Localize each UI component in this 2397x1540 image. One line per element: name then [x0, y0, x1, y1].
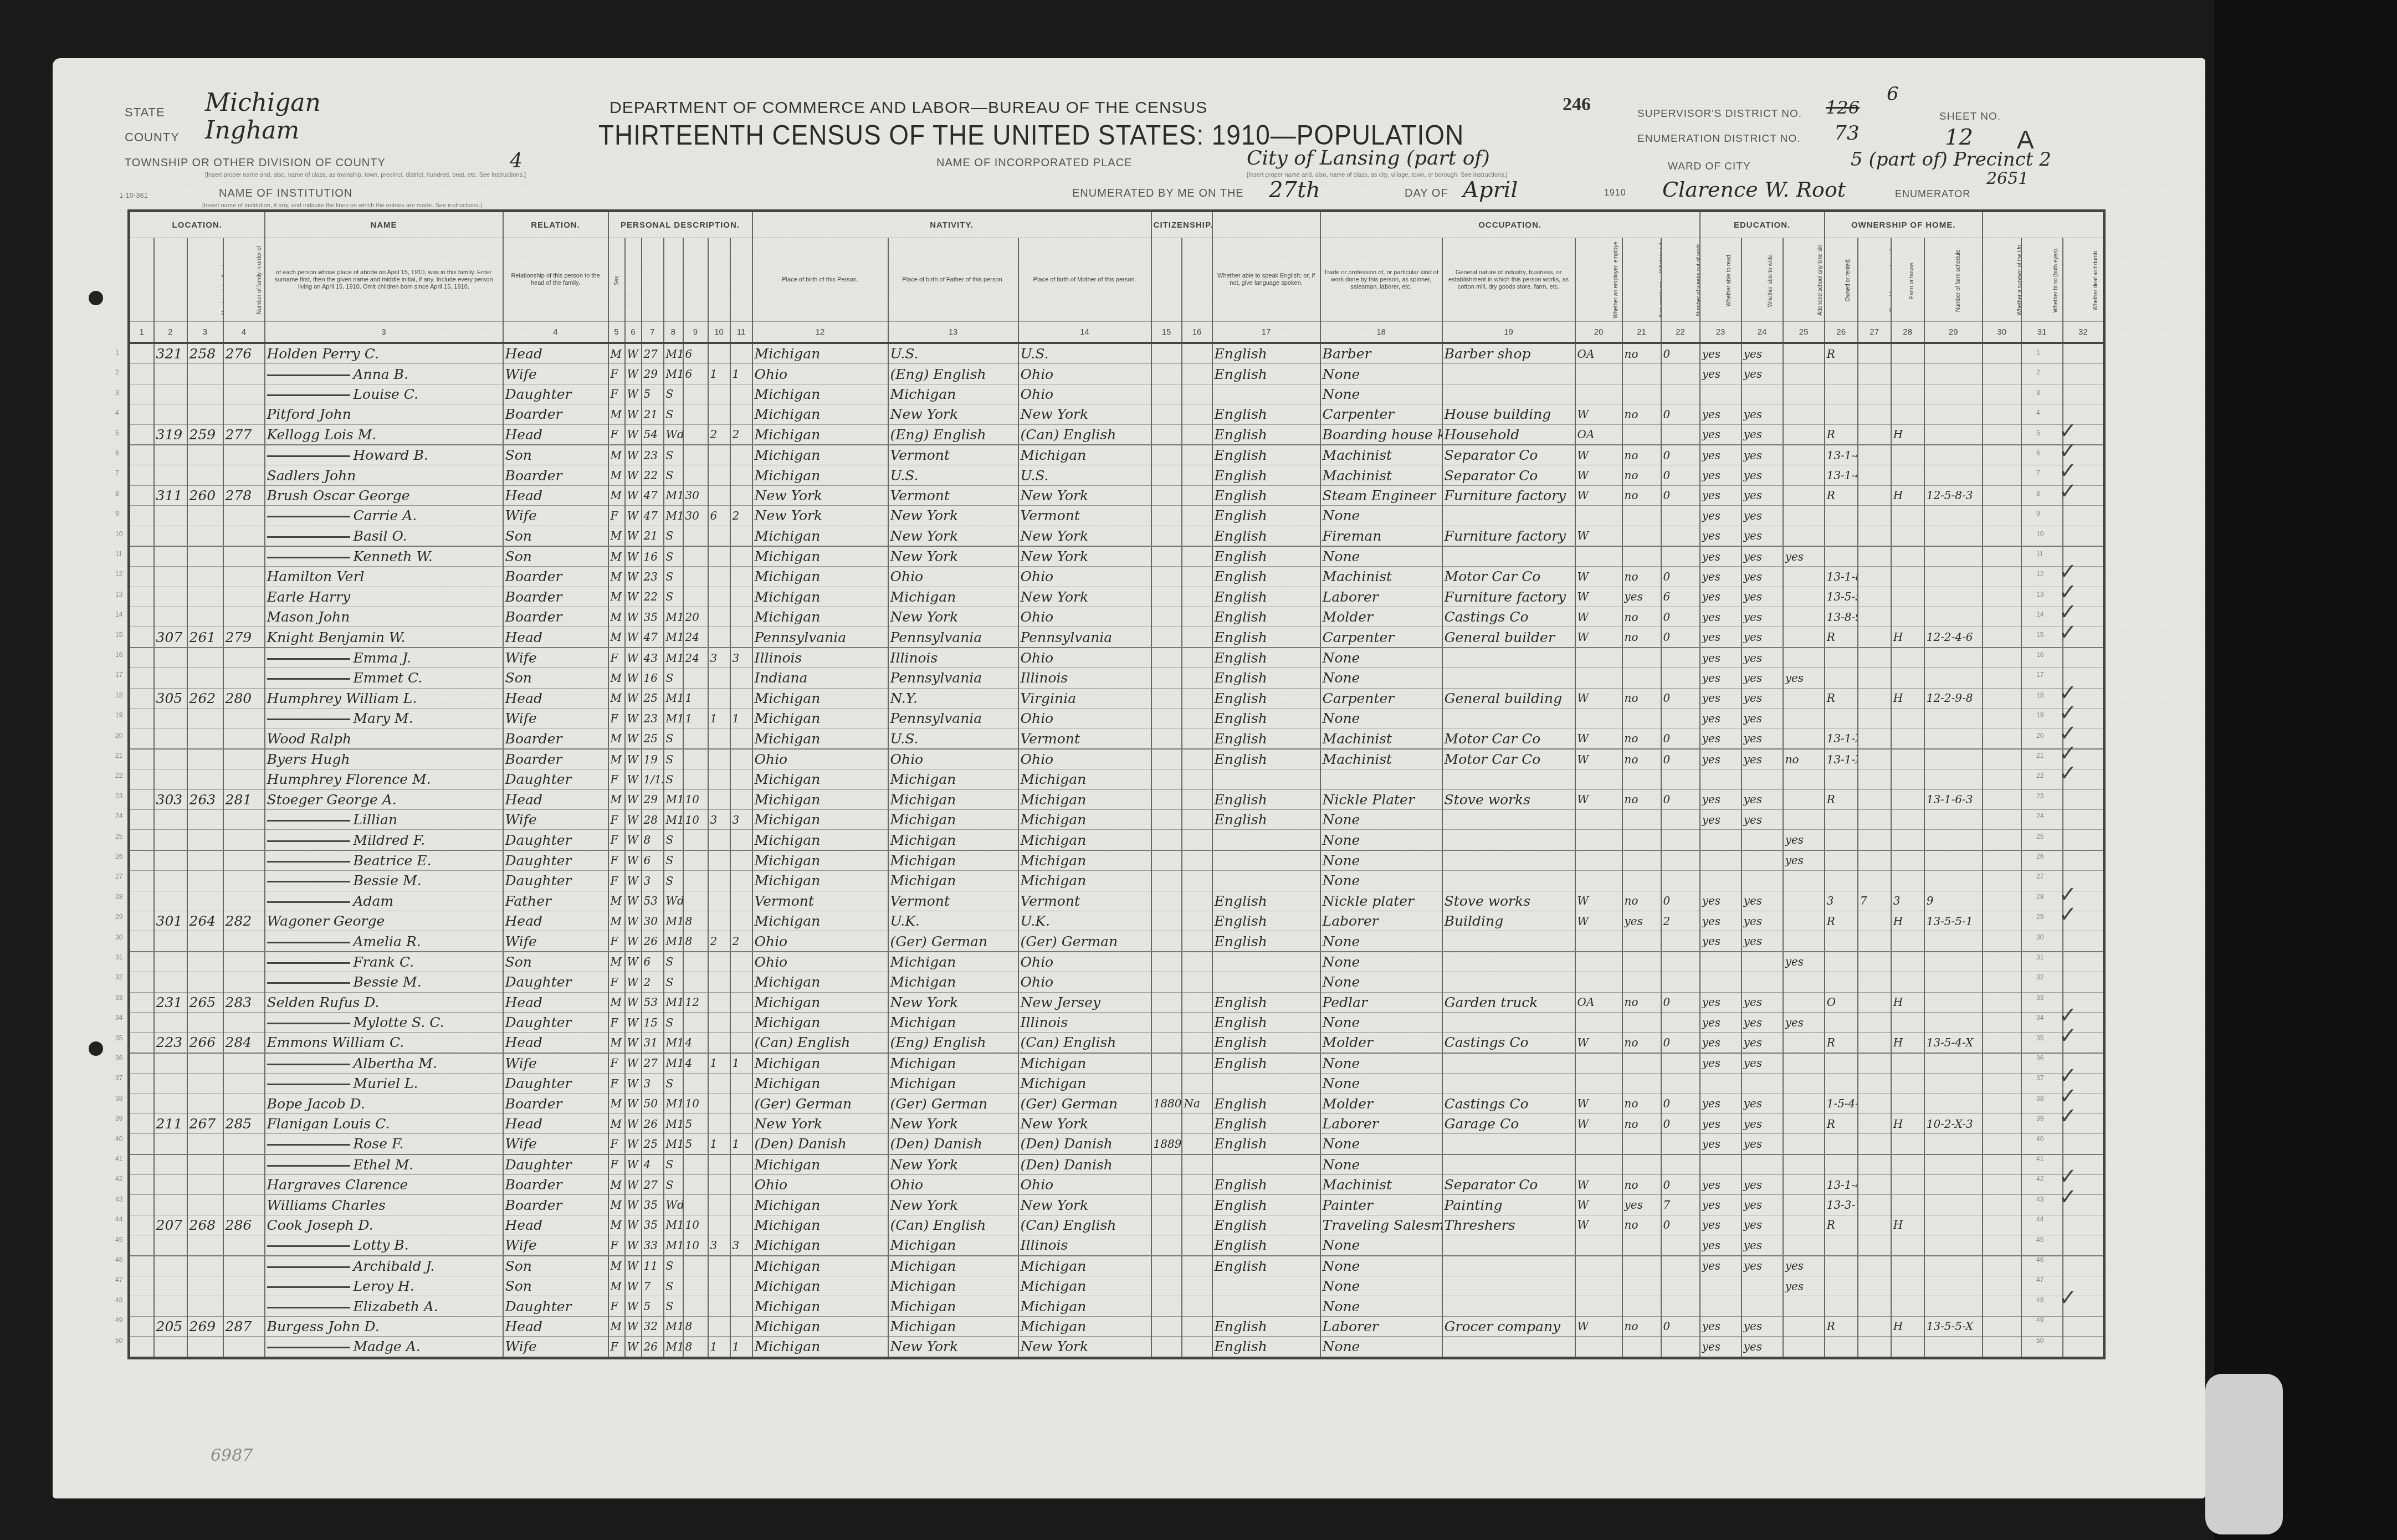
cell-own [1825, 364, 1858, 384]
column-number: 31 [2021, 322, 2063, 343]
cell-family [223, 607, 265, 627]
cell-oow [1622, 526, 1661, 546]
cell-name: Earle Harry [265, 587, 503, 607]
cell-trade: Painter [1320, 1195, 1442, 1215]
cell-lang: English [1212, 931, 1320, 952]
cell-natur [1182, 506, 1212, 526]
given-name: Madge A. [354, 1338, 421, 1354]
line-number: 30 [2036, 933, 2043, 941]
cell-age: 54 [642, 424, 664, 445]
surname: Hargraves [267, 1177, 345, 1193]
cell-veteran [1983, 992, 2021, 1012]
cell-own [1825, 1256, 1858, 1276]
cell-natur [1182, 465, 1212, 485]
cell-lang: English [1212, 1134, 1320, 1154]
column-group-header: EDUCATION. [1700, 211, 1825, 238]
table-row: Mylotte S. C.DaughterFW15SMichiganMichig… [129, 1012, 2104, 1032]
cell-dwelling [187, 1175, 223, 1195]
cell-lang: English [1212, 465, 1320, 485]
cell-years [683, 1154, 708, 1175]
column-description: Whether naturalized or alien [1182, 238, 1212, 322]
cell-pob: New York [752, 506, 888, 526]
line-number: 4 [115, 409, 119, 417]
cell-street [129, 1134, 154, 1154]
table-row: Earle HarryBoarderMW22SMichiganMichiganN… [129, 587, 2104, 607]
cell-weeks [1661, 1154, 1700, 1175]
given-name: Basil O. [354, 528, 407, 544]
line-number: 17 [2036, 671, 2043, 679]
cell-pob-father: Ohio [888, 567, 1018, 587]
cell-farm: H [1891, 1316, 1924, 1336]
cell-race: W [625, 850, 642, 871]
cell-living: 2 [730, 506, 752, 526]
cell-farm [1891, 1337, 1924, 1358]
cell-house [154, 1235, 187, 1256]
cell-pob: Michigan [752, 567, 888, 587]
cell-school [1783, 587, 1825, 607]
cell-trade: None [1320, 1337, 1442, 1358]
cell-immig [1151, 1235, 1182, 1256]
cell-street [129, 728, 154, 749]
cell-years: 8 [683, 931, 708, 952]
cell-write: yes [1742, 445, 1783, 465]
cell-age: 31 [642, 1033, 664, 1053]
cell-family [223, 668, 265, 688]
cell-pob-mother: U.K. [1018, 911, 1151, 931]
cell-sched [1924, 343, 1983, 364]
table-row: LillianWifeFW28M11033MichiganMichiganMic… [129, 809, 2104, 829]
cell-write: yes [1742, 1256, 1783, 1276]
cell-sched [1924, 1235, 1983, 1256]
cell-mort [1858, 809, 1891, 829]
ditto-dash [267, 962, 350, 964]
given-name: Elizabeth A. [354, 1298, 438, 1315]
cell-relation: Boarder [503, 1094, 608, 1113]
cell-sex: M [608, 567, 625, 587]
cell-immig [1151, 952, 1182, 972]
cell-lang [1212, 952, 1320, 972]
cell-mort [1858, 972, 1891, 992]
checkmark-icon: ✓ [2058, 1023, 2077, 1049]
cell-street [129, 952, 154, 972]
cell-age: 25 [642, 1134, 664, 1154]
line-number: 26 [2036, 853, 2043, 860]
cell-sex: F [608, 364, 625, 384]
cell-veteran [1983, 1276, 2021, 1296]
cell-relation: Boarder [503, 587, 608, 607]
cell-industry: Motor Car Co [1442, 749, 1575, 769]
cell-family: 280 [223, 688, 265, 708]
cell-family: 287 [223, 1316, 265, 1336]
cell-house [154, 668, 187, 688]
column-number: 13 [888, 322, 1018, 343]
cell-trade [1320, 769, 1442, 789]
cell-mort [1858, 1316, 1891, 1336]
surname: Cook [267, 1217, 307, 1233]
cell-veteran [1983, 1113, 2021, 1133]
given-name: Howard B. [354, 447, 428, 463]
cell-age: 5 [642, 1296, 664, 1316]
cell-pob-father: Michigan [888, 871, 1018, 891]
cell-industry: General building [1442, 688, 1575, 708]
cell-lang: English [1212, 1012, 1320, 1032]
cell-dwelling [187, 607, 223, 627]
cell-own: R [1825, 485, 1858, 505]
cell-family [223, 445, 265, 465]
cell-street [129, 850, 154, 871]
cell-trade: Laborer [1320, 1113, 1442, 1133]
cell-industry: Castings Co [1442, 1094, 1575, 1113]
line-number: 29 [2036, 913, 2043, 921]
cell-name: Rose F. [265, 1134, 503, 1154]
cell-name: Bope Jacob D. [265, 1094, 503, 1113]
cell-family [223, 506, 265, 526]
cell-pob: (Can) English [752, 1033, 888, 1053]
cell-sched [1924, 1094, 1983, 1113]
cell-veteran [1983, 891, 2021, 911]
cell-house [154, 546, 187, 567]
cell-pob-father: Michigan [888, 1276, 1018, 1296]
cell-natur [1182, 830, 1212, 850]
cell-school: yes [1783, 546, 1825, 567]
cell-pob: Michigan [752, 992, 888, 1012]
line-number: 34 [2036, 1014, 2043, 1021]
line-number: 23 [115, 792, 122, 800]
cell-pob: Michigan [752, 709, 888, 728]
cell-born [708, 830, 730, 850]
line-number: 48 [115, 1296, 122, 1304]
cell-veteran [1983, 668, 2021, 688]
cell-pob: Michigan [752, 1195, 888, 1215]
cell-relation: Head [503, 911, 608, 931]
cell-sched [1924, 384, 1983, 404]
cell-pob: Michigan [752, 830, 888, 850]
column-description: Whether blind (both eyes). [2021, 238, 2063, 322]
cell-sched: 12-2-9-8 [1924, 688, 1983, 708]
cell-pob: Michigan [752, 769, 888, 789]
cell-write: yes [1742, 809, 1783, 829]
cell-industry: Stove works [1442, 891, 1575, 911]
cell-pob-mother: U.S. [1018, 343, 1151, 364]
cell-street [129, 587, 154, 607]
cell-marital: M1 [664, 485, 683, 505]
cell-own: 13-8-9-X [1825, 607, 1858, 627]
given-name: John [320, 406, 351, 422]
table-row: Mary M.WifeFW23M1111MichiganPennsylvania… [129, 709, 2104, 728]
cell-street [129, 445, 154, 465]
cell-own [1825, 1276, 1858, 1296]
cell-farm: H [1891, 1033, 1924, 1053]
cell-sex: F [608, 1012, 625, 1032]
cell-school [1783, 1154, 1825, 1175]
line-number: 25 [115, 833, 122, 840]
cell-sex: M [608, 607, 625, 627]
column-group-header: OCCUPATION. [1320, 211, 1700, 238]
cell-pob-father: Pennsylvania [888, 709, 1018, 728]
cell-pob-father: Michigan [888, 1053, 1018, 1074]
cell-immig [1151, 627, 1182, 648]
cell-family [223, 465, 265, 485]
cell-pob-father: Michigan [888, 1074, 1018, 1094]
cell-school: yes [1783, 830, 1825, 850]
cell-relation: Son [503, 546, 608, 567]
cell-industry [1442, 931, 1575, 952]
cell-house: 319 [154, 424, 187, 445]
cell-family: 284 [223, 1033, 265, 1053]
cell-mort [1858, 911, 1891, 931]
cell-deaf [2063, 850, 2104, 871]
cell-marital: M1 [664, 607, 683, 627]
cell-industry [1442, 1012, 1575, 1032]
cell-age: 53 [642, 992, 664, 1012]
cell-born [708, 1195, 730, 1215]
cell-pob-mother: Ohio [1018, 364, 1151, 384]
cell-pob-father: Michigan [888, 809, 1018, 829]
cell-natur [1182, 404, 1212, 424]
cell-school [1783, 1094, 1825, 1113]
cell-own: R [1825, 1215, 1858, 1235]
cell-write: yes [1742, 992, 1783, 1012]
cell-oow [1622, 871, 1661, 891]
line-number: 12 [2036, 570, 2043, 578]
cell-street [129, 424, 154, 445]
cell-age: 2 [642, 972, 664, 992]
surname: Holden [267, 346, 322, 362]
cell-industry: House building [1442, 404, 1575, 424]
cell-dwelling [187, 1337, 223, 1358]
cell-immig [1151, 1175, 1182, 1195]
column-description: Whether able to read. [1700, 238, 1742, 322]
table-row: Hargraves ClarenceBoarderMW27SOhioOhioOh… [129, 1175, 2104, 1195]
cell-farm [1891, 972, 1924, 992]
cell-trade: Laborer [1320, 587, 1442, 607]
cell-sex: F [608, 648, 625, 668]
cell-years [683, 891, 708, 911]
cell-pob: Michigan [752, 404, 888, 424]
cell-living [730, 404, 752, 424]
cell-born [708, 384, 730, 404]
cell-emp [1575, 1134, 1622, 1154]
cell-name: Byers Hugh [265, 749, 503, 769]
cell-immig [1151, 749, 1182, 769]
cell-family [223, 1012, 265, 1032]
cell-years: 10 [683, 1094, 708, 1113]
cell-marital: M1 [664, 1033, 683, 1053]
cell-born [708, 952, 730, 972]
cell-school [1783, 1195, 1825, 1215]
cell-veteran [1983, 931, 2021, 952]
cell-read [1700, 871, 1742, 891]
line-number: 5 [115, 429, 119, 437]
cell-weeks: 0 [1661, 1033, 1700, 1053]
cell-weeks [1661, 1134, 1700, 1154]
cell-marital: S [664, 1276, 683, 1296]
cell-relation: Daughter [503, 871, 608, 891]
cell-house [154, 850, 187, 871]
line-number: 36 [2036, 1054, 2043, 1062]
table-row: Mildred F.DaughterFW8SMichiganMichiganMi… [129, 830, 2104, 850]
cell-write: yes [1742, 789, 1783, 809]
cell-street [129, 1113, 154, 1133]
cell-deaf [2063, 830, 2104, 850]
given-name: Florence M. [346, 771, 431, 787]
cell-race: W [625, 546, 642, 567]
checkmark-icon: ✓ [2058, 1184, 2077, 1210]
cell-family [223, 1235, 265, 1256]
cell-oow: no [1622, 1316, 1661, 1336]
cell-oow [1622, 1276, 1661, 1296]
cell-farm: H [1891, 688, 1924, 708]
cell-marital: S [664, 1175, 683, 1195]
cell-emp: W [1575, 911, 1622, 931]
cell-emp [1575, 384, 1622, 404]
cell-relation: Head [503, 485, 608, 505]
cell-dwelling: 258 [187, 343, 223, 364]
cell-weeks: 0 [1661, 343, 1700, 364]
cell-lang: English [1212, 1215, 1320, 1235]
line-number: 43 [2036, 1195, 2043, 1203]
cell-trade: None [1320, 1296, 1442, 1316]
cell-mort [1858, 830, 1891, 850]
cell-living [730, 1276, 752, 1296]
cell-name: Holden Perry C. [265, 343, 503, 364]
ditto-dash [267, 942, 350, 943]
cell-family [223, 526, 265, 546]
cell-relation: Head [503, 1316, 608, 1336]
surname: Mason [267, 609, 318, 625]
column-description: Attended school any time sin [1783, 238, 1825, 322]
institution-label: Name of institution [219, 187, 352, 200]
table-row: 303263281Stoeger George A.HeadMW29M110Mi… [129, 789, 2104, 809]
cell-immig [1151, 567, 1182, 587]
cell-veteran [1983, 952, 2021, 972]
cell-name: Burgess John D. [265, 1316, 503, 1336]
line-number: 25 [2036, 833, 2043, 840]
cell-family [223, 1074, 265, 1094]
cell-read: yes [1700, 607, 1742, 627]
column-number: 22 [1661, 322, 1700, 343]
cell-lang: English [1212, 1256, 1320, 1276]
month-value: April [1463, 177, 1518, 203]
cell-house: 301 [154, 911, 187, 931]
given-name: William C. [332, 1034, 404, 1050]
cell-sched [1924, 749, 1983, 769]
cell-pob: Ohio [752, 364, 888, 384]
cell-relation: Daughter [503, 1154, 608, 1175]
cell-natur [1182, 485, 1212, 505]
cell-oow: yes [1622, 911, 1661, 931]
cell-write: yes [1742, 1033, 1783, 1053]
cell-marital: M1 [664, 1215, 683, 1235]
cell-name: Wagoner George [265, 911, 503, 931]
cell-write: yes [1742, 911, 1783, 931]
column-description: Number of family in order of [223, 238, 265, 322]
cell-street [129, 465, 154, 485]
table-row: Beatrice E.DaughterFW6SMichiganMichiganM… [129, 850, 2104, 871]
cell-own [1825, 830, 1858, 850]
cell-deaf [2063, 789, 2104, 809]
cell-living [730, 1154, 752, 1175]
cell-pob-mother: Michigan [1018, 830, 1151, 850]
table-row: Emmet C.SonMW16SIndianaPennsylvaniaIllin… [129, 668, 2104, 688]
cell-house: 231 [154, 992, 187, 1012]
ditto-dash [267, 861, 350, 863]
cell-pob-father: Ohio [888, 749, 1018, 769]
cell-house: 211 [154, 1113, 187, 1133]
cell-immig [1151, 1154, 1182, 1175]
cell-school [1783, 891, 1825, 911]
cell-house: 223 [154, 1033, 187, 1053]
cell-read: yes [1700, 789, 1742, 809]
line-number: 45 [115, 1236, 122, 1244]
cell-mort [1858, 789, 1891, 809]
cell-dwelling: 265 [187, 992, 223, 1012]
cell-pob: Michigan [752, 850, 888, 871]
cell-read: yes [1700, 1113, 1742, 1133]
cell-house [154, 1296, 187, 1316]
cell-race: W [625, 1053, 642, 1074]
cell-years [683, 384, 708, 404]
cell-living [730, 728, 752, 749]
cell-write [1742, 1276, 1783, 1296]
column-description: Number of years of present m [683, 238, 708, 322]
cell-race: W [625, 1235, 642, 1256]
cell-farm [1891, 567, 1924, 587]
cell-marital: M1 [664, 1094, 683, 1113]
cell-school [1783, 1215, 1825, 1235]
line-number: 10 [2036, 530, 2043, 538]
column-description: Relationship of this person to the head … [503, 238, 608, 322]
cell-read: yes [1700, 567, 1742, 587]
cell-sched [1924, 1012, 1983, 1032]
cell-oow: no [1622, 607, 1661, 627]
cell-own: 13-1-8-X [1825, 567, 1858, 587]
column-description: Number of weeks out of work [1661, 238, 1700, 322]
cell-natur [1182, 1012, 1212, 1032]
cell-natur [1182, 1134, 1212, 1154]
cell-farm: H [1891, 1113, 1924, 1133]
cell-pob: Michigan [752, 1276, 888, 1296]
cell-dwelling: 268 [187, 1215, 223, 1235]
cell-emp [1575, 830, 1622, 850]
cell-pob-father: (Eng) English [888, 1033, 1018, 1053]
cell-sched [1924, 1337, 1983, 1358]
cell-living [730, 871, 752, 891]
given-name: Oscar George [313, 487, 410, 504]
cell-sex: F [608, 424, 625, 445]
cell-industry: Motor Car Co [1442, 728, 1575, 749]
cell-pob: Michigan [752, 1337, 888, 1358]
cell-veteran [1983, 1256, 2021, 1276]
cell-marital: M1 [664, 1113, 683, 1133]
cell-living [730, 850, 752, 871]
cell-living [730, 1195, 752, 1215]
cell-weeks: 0 [1661, 404, 1700, 424]
cell-lang: English [1212, 627, 1320, 648]
cell-house [154, 567, 187, 587]
cell-school [1783, 485, 1825, 505]
line-number: 7 [115, 469, 119, 477]
cell-trade: None [1320, 871, 1442, 891]
cell-emp: W [1575, 1175, 1622, 1195]
cell-dwelling [187, 668, 223, 688]
ditto-dash [267, 536, 350, 538]
line-number: 24 [2036, 812, 2043, 820]
cell-dwelling [187, 1256, 223, 1276]
cell-sex: M [608, 1033, 625, 1053]
cell-living [730, 789, 752, 809]
cell-lang: English [1212, 567, 1320, 587]
